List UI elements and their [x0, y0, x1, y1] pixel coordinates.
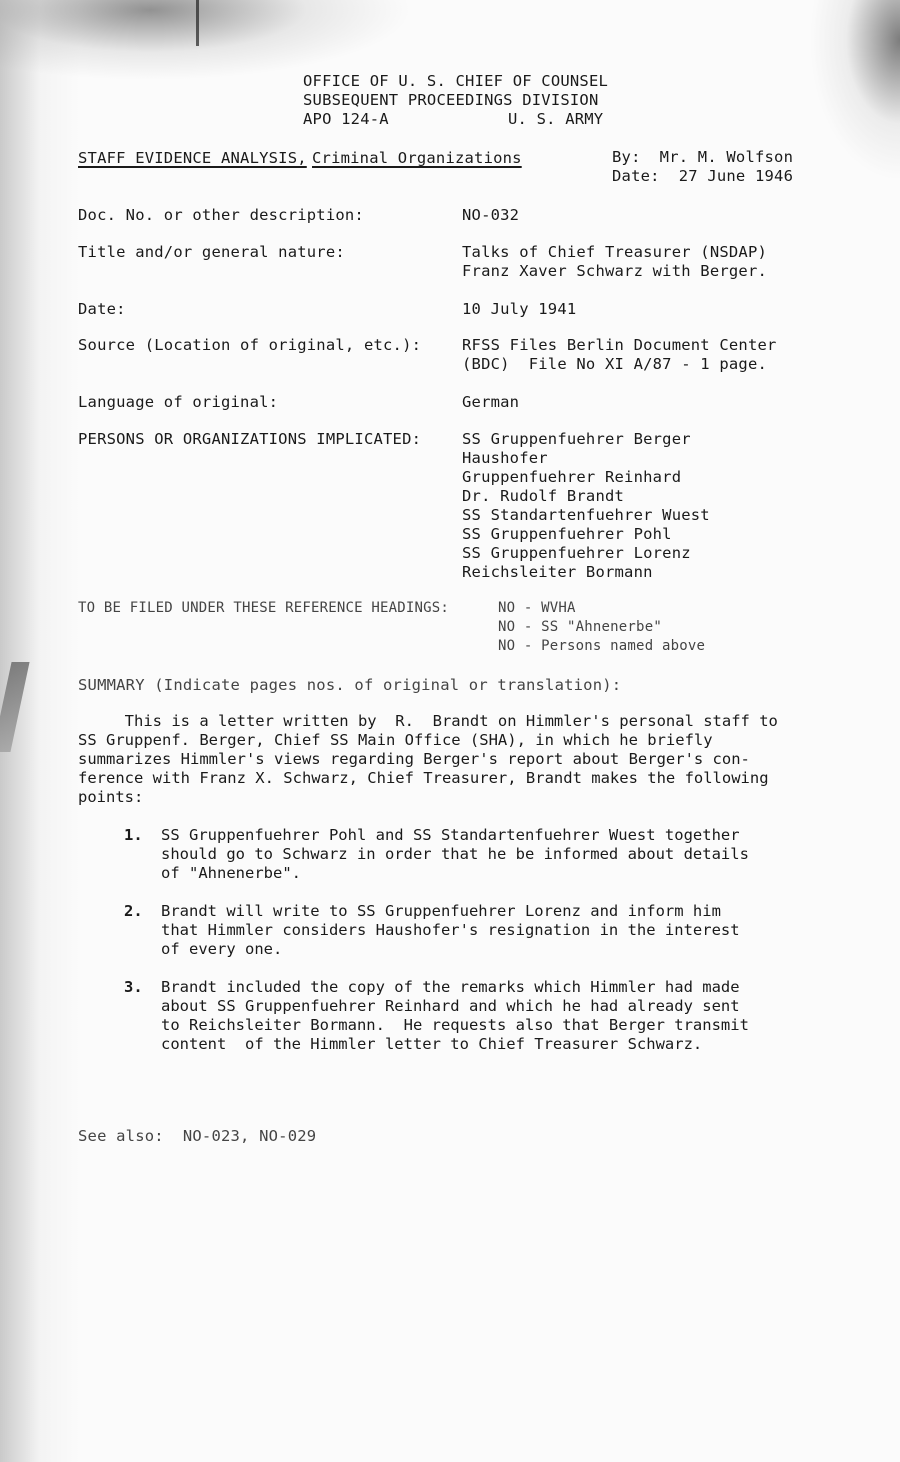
filing-heading: NO - Persons named above [498, 637, 705, 656]
point-number: 1. [124, 826, 143, 844]
person-item: SS Gruppenfuehrer Lorenz [462, 544, 691, 563]
field-label-title: Title and/or general nature: [78, 243, 345, 262]
analysis-author: By: Mr. M. Wolfson [612, 148, 793, 167]
field-label-doc-no: Doc. No. or other description: [78, 206, 364, 225]
summary-intro-line: This is a letter written by R. Brandt on… [78, 712, 778, 731]
summary-intro-line: points: [78, 788, 143, 807]
summary-intro-line: summarizes Himmler's views regarding Ber… [78, 750, 750, 769]
person-item: SS Standartenfuehrer Wuest [462, 506, 710, 525]
person-item: Gruppenfuehrer Reinhard [462, 468, 681, 487]
summary-label: SUMMARY (Indicate pages nos. of original… [78, 676, 621, 695]
point-line: of every one. [161, 940, 282, 959]
point-line: about SS Gruppenfuehrer Reinhard and whi… [161, 997, 740, 1016]
point-line: to Reichsleiter Bormann. He requests als… [161, 1016, 749, 1035]
field-label-date: Date: [78, 300, 126, 319]
point-line: content of the Himmler letter to Chief T… [161, 1035, 702, 1054]
field-label-language: Language of original: [78, 393, 278, 412]
field-value-source-1: RFSS Files Berlin Document Center [462, 336, 777, 355]
header-division: SUBSEQUENT PROCEEDINGS DIVISION [303, 91, 599, 110]
field-value-title-1: Talks of Chief Treasurer (NSDAP) [462, 243, 767, 262]
field-value-title-2: Franz Xaver Schwarz with Berger. [462, 262, 767, 281]
point-line: should go to Schwarz in order that he be… [161, 845, 749, 864]
point-number: 2. [124, 902, 143, 920]
analysis-subtitle: Criminal Organizations [312, 149, 522, 168]
analysis-date: Date: 27 June 1946 [612, 167, 793, 186]
point-line: SS Gruppenfuehrer Pohl and SS Standarten… [161, 826, 740, 845]
summary-intro-line: SS Gruppenf. Berger, Chief SS Main Offic… [78, 731, 713, 750]
filing-heading: NO - WVHA [498, 599, 576, 618]
field-label-source: Source (Location of original, etc.): [78, 336, 421, 355]
field-label-persons: PERSONS OR ORGANIZATIONS IMPLICATED: [78, 430, 421, 449]
point-line: of "Ahnenerbe". [161, 864, 301, 883]
point-line: Brandt included the copy of the remarks … [161, 978, 740, 997]
point-number: 3. [124, 978, 143, 996]
field-value-source-2: (BDC) File No XI A/87 - 1 page. [462, 355, 767, 374]
field-value-doc-no: NO-032 [462, 206, 519, 225]
person-item: SS Gruppenfuehrer Berger [462, 430, 691, 449]
filing-heading: NO - SS "Ahnenerbe" [498, 618, 662, 637]
header-army: U. S. ARMY [508, 110, 603, 129]
person-item: Reichsleiter Bormann [462, 563, 653, 582]
point-line: Brandt will write to SS Gruppenfuehrer L… [161, 902, 721, 921]
field-value-language: German [462, 393, 519, 412]
field-value-date: 10 July 1941 [462, 300, 576, 319]
document-page: OFFICE OF U. S. CHIEF OF COUNSEL SUBSEQU… [0, 0, 900, 1462]
margin-mark [196, 0, 199, 46]
summary-intro-line: ference with Franz X. Schwarz, Chief Tre… [78, 769, 769, 788]
filing-label: TO BE FILED UNDER THESE REFERENCE HEADIN… [78, 599, 449, 618]
point-line: that Himmler considers Haushofer's resig… [161, 921, 740, 940]
header-apo: APO 124-A [303, 110, 389, 129]
person-item: SS Gruppenfuehrer Pohl [462, 525, 672, 544]
person-item: Dr. Rudolf Brandt [462, 487, 624, 506]
person-item: Haushofer [462, 449, 548, 468]
header-office: OFFICE OF U. S. CHIEF OF COUNSEL [303, 72, 608, 91]
paper-tear [0, 662, 30, 752]
see-also: See also: NO-023, NO-029 [78, 1127, 316, 1146]
analysis-title: STAFF EVIDENCE ANALYSIS, [78, 149, 307, 168]
